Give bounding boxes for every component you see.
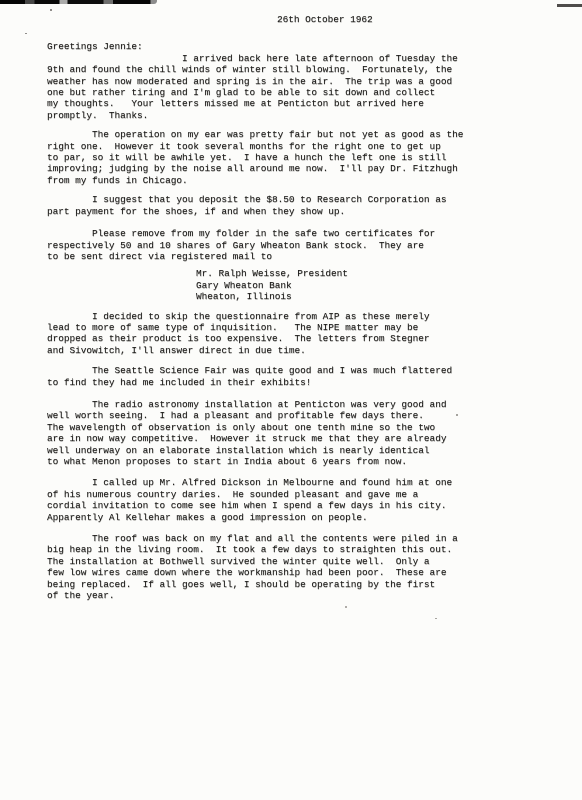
scan-speck	[50, 9, 52, 11]
paragraph-ear-operation: The operation on my ear was pretty fair …	[47, 129, 552, 186]
scan-speck	[25, 33, 27, 34]
paragraph-dickson: I called up Mr. Alfred Dickson in Melbou…	[47, 477, 552, 523]
paragraph-arrival: I arrived back here late afternoon of Tu…	[47, 53, 552, 121]
address-block: Mr. Ralph Weisse, President Gary Wheaton…	[196, 268, 552, 302]
scan-mark-top-right	[557, 4, 582, 7]
paragraph-roof: The roof was back on my flat and all the…	[47, 533, 552, 601]
scan-speck	[345, 606, 347, 608]
scan-speck	[435, 618, 437, 619]
paragraph-questionnaire: I decided to skip the questionnaire from…	[47, 311, 552, 357]
salutation: Greetings Jennie:	[47, 41, 552, 52]
letter-date: 26th October 1962	[277, 14, 552, 25]
paragraph-radio-astronomy: The radio astronomy installation at Pent…	[47, 399, 552, 467]
letter-body: 26th October 1962 Greetings Jennie: I ar…	[47, 14, 552, 601]
paragraph-science-fair: The Seattle Science Fair was quite good …	[47, 365, 552, 388]
letter-page: 26th October 1962 Greetings Jennie: I ar…	[0, 0, 582, 800]
paragraph-deposit: I suggest that you deposit the $8.50 to …	[47, 194, 552, 217]
paragraph-certificates: Please remove from my folder in the safe…	[47, 228, 552, 262]
scan-smudge-top-left	[0, 0, 157, 4]
